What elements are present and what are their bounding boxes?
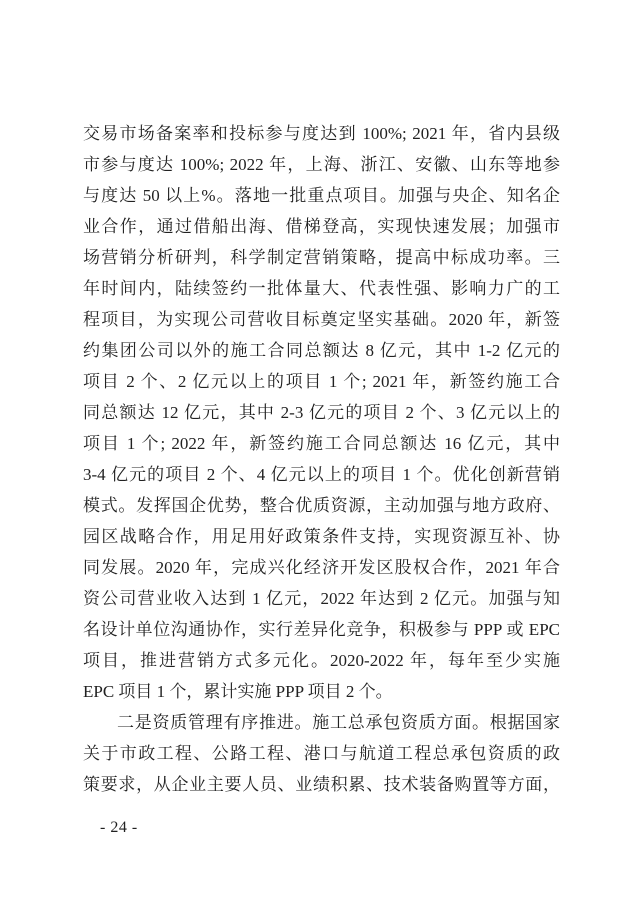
paragraph: 交易市场备案率和投标参与度达到 100%; 2021 年，省内县级 市参与度达 …	[83, 118, 560, 707]
text-line: 3-4 亿元的项目 2 个、4 亿元以上的项目 1 个。优化创新营销	[83, 459, 560, 490]
text-line: 模式。发挥国企优势，整合优质资源，主动加强与地方政府、	[83, 490, 560, 521]
text-line: 同总额达 12 亿元，其中 2-3 亿元的项目 2 个、3 亿元以上的	[83, 397, 560, 428]
text-line: 场营销分析研判，科学制定营销策略，提高中标成功率。三	[83, 242, 560, 273]
document-body: 交易市场备案率和投标参与度达到 100%; 2021 年，省内县级 市参与度达 …	[83, 118, 560, 800]
text-line: 项目 2 个、2 亿元以上的项目 1 个; 2021 年，新签约施工合	[83, 366, 560, 397]
text-line: 名设计单位沟通协作，实行差异化竞争，积极参与 PPP 或 EPC	[83, 614, 560, 645]
text-line: 约集团公司以外的施工合同总额达 8 亿元，其中 1-2 亿元的	[83, 335, 560, 366]
text-line: 与度达 50 以上%。落地一批重点项目。加强与央企、知名企	[83, 180, 560, 211]
text-line: 交易市场备案率和投标参与度达到 100%; 2021 年，省内县级	[83, 118, 560, 149]
text-line: 项目 1 个; 2022 年，新签约施工合同总额达 16 亿元，其中	[83, 428, 560, 459]
text-line: 项目，推进营销方式多元化。2020-2022 年，每年至少实施	[83, 645, 560, 676]
text-line: EPC 项目 1 个，累计实施 PPP 项目 2 个。	[83, 676, 560, 707]
text-line: 资公司营业收入达到 1 亿元，2022 年达到 2 亿元。加强与知	[83, 583, 560, 614]
text-line: 同发展。2020 年，完成兴化经济开发区股权合作，2021 年合	[83, 552, 560, 583]
text-line: 程项目，为实现公司营收目标奠定坚实基础。2020 年，新签	[83, 304, 560, 335]
text-line: 关于市政工程、公路工程、港口与航道工程总承包资质的政	[83, 738, 560, 769]
text-line: 二是资质管理有序推进。施工总承包资质方面。根据国家	[83, 707, 560, 738]
text-line: 业合作，通过借船出海、借梯登高，实现快速发展；加强市	[83, 211, 560, 242]
document-page: 交易市场备案率和投标参与度达到 100%; 2021 年，省内县级 市参与度达 …	[0, 0, 636, 900]
text-line: 年时间内，陆续签约一批体量大、代表性强、影响力广的工	[83, 273, 560, 304]
paragraph: 二是资质管理有序推进。施工总承包资质方面。根据国家 关于市政工程、公路工程、港口…	[83, 707, 560, 800]
page-number: - 24 -	[100, 817, 138, 839]
text-line: 策要求，从企业主要人员、业绩积累、技术装备购置等方面，	[83, 769, 560, 800]
text-line: 市参与度达 100%; 2022 年，上海、浙江、安徽、山东等地参	[83, 149, 560, 180]
text-line: 园区战略合作，用足用好政策条件支持，实现资源互补、协	[83, 521, 560, 552]
